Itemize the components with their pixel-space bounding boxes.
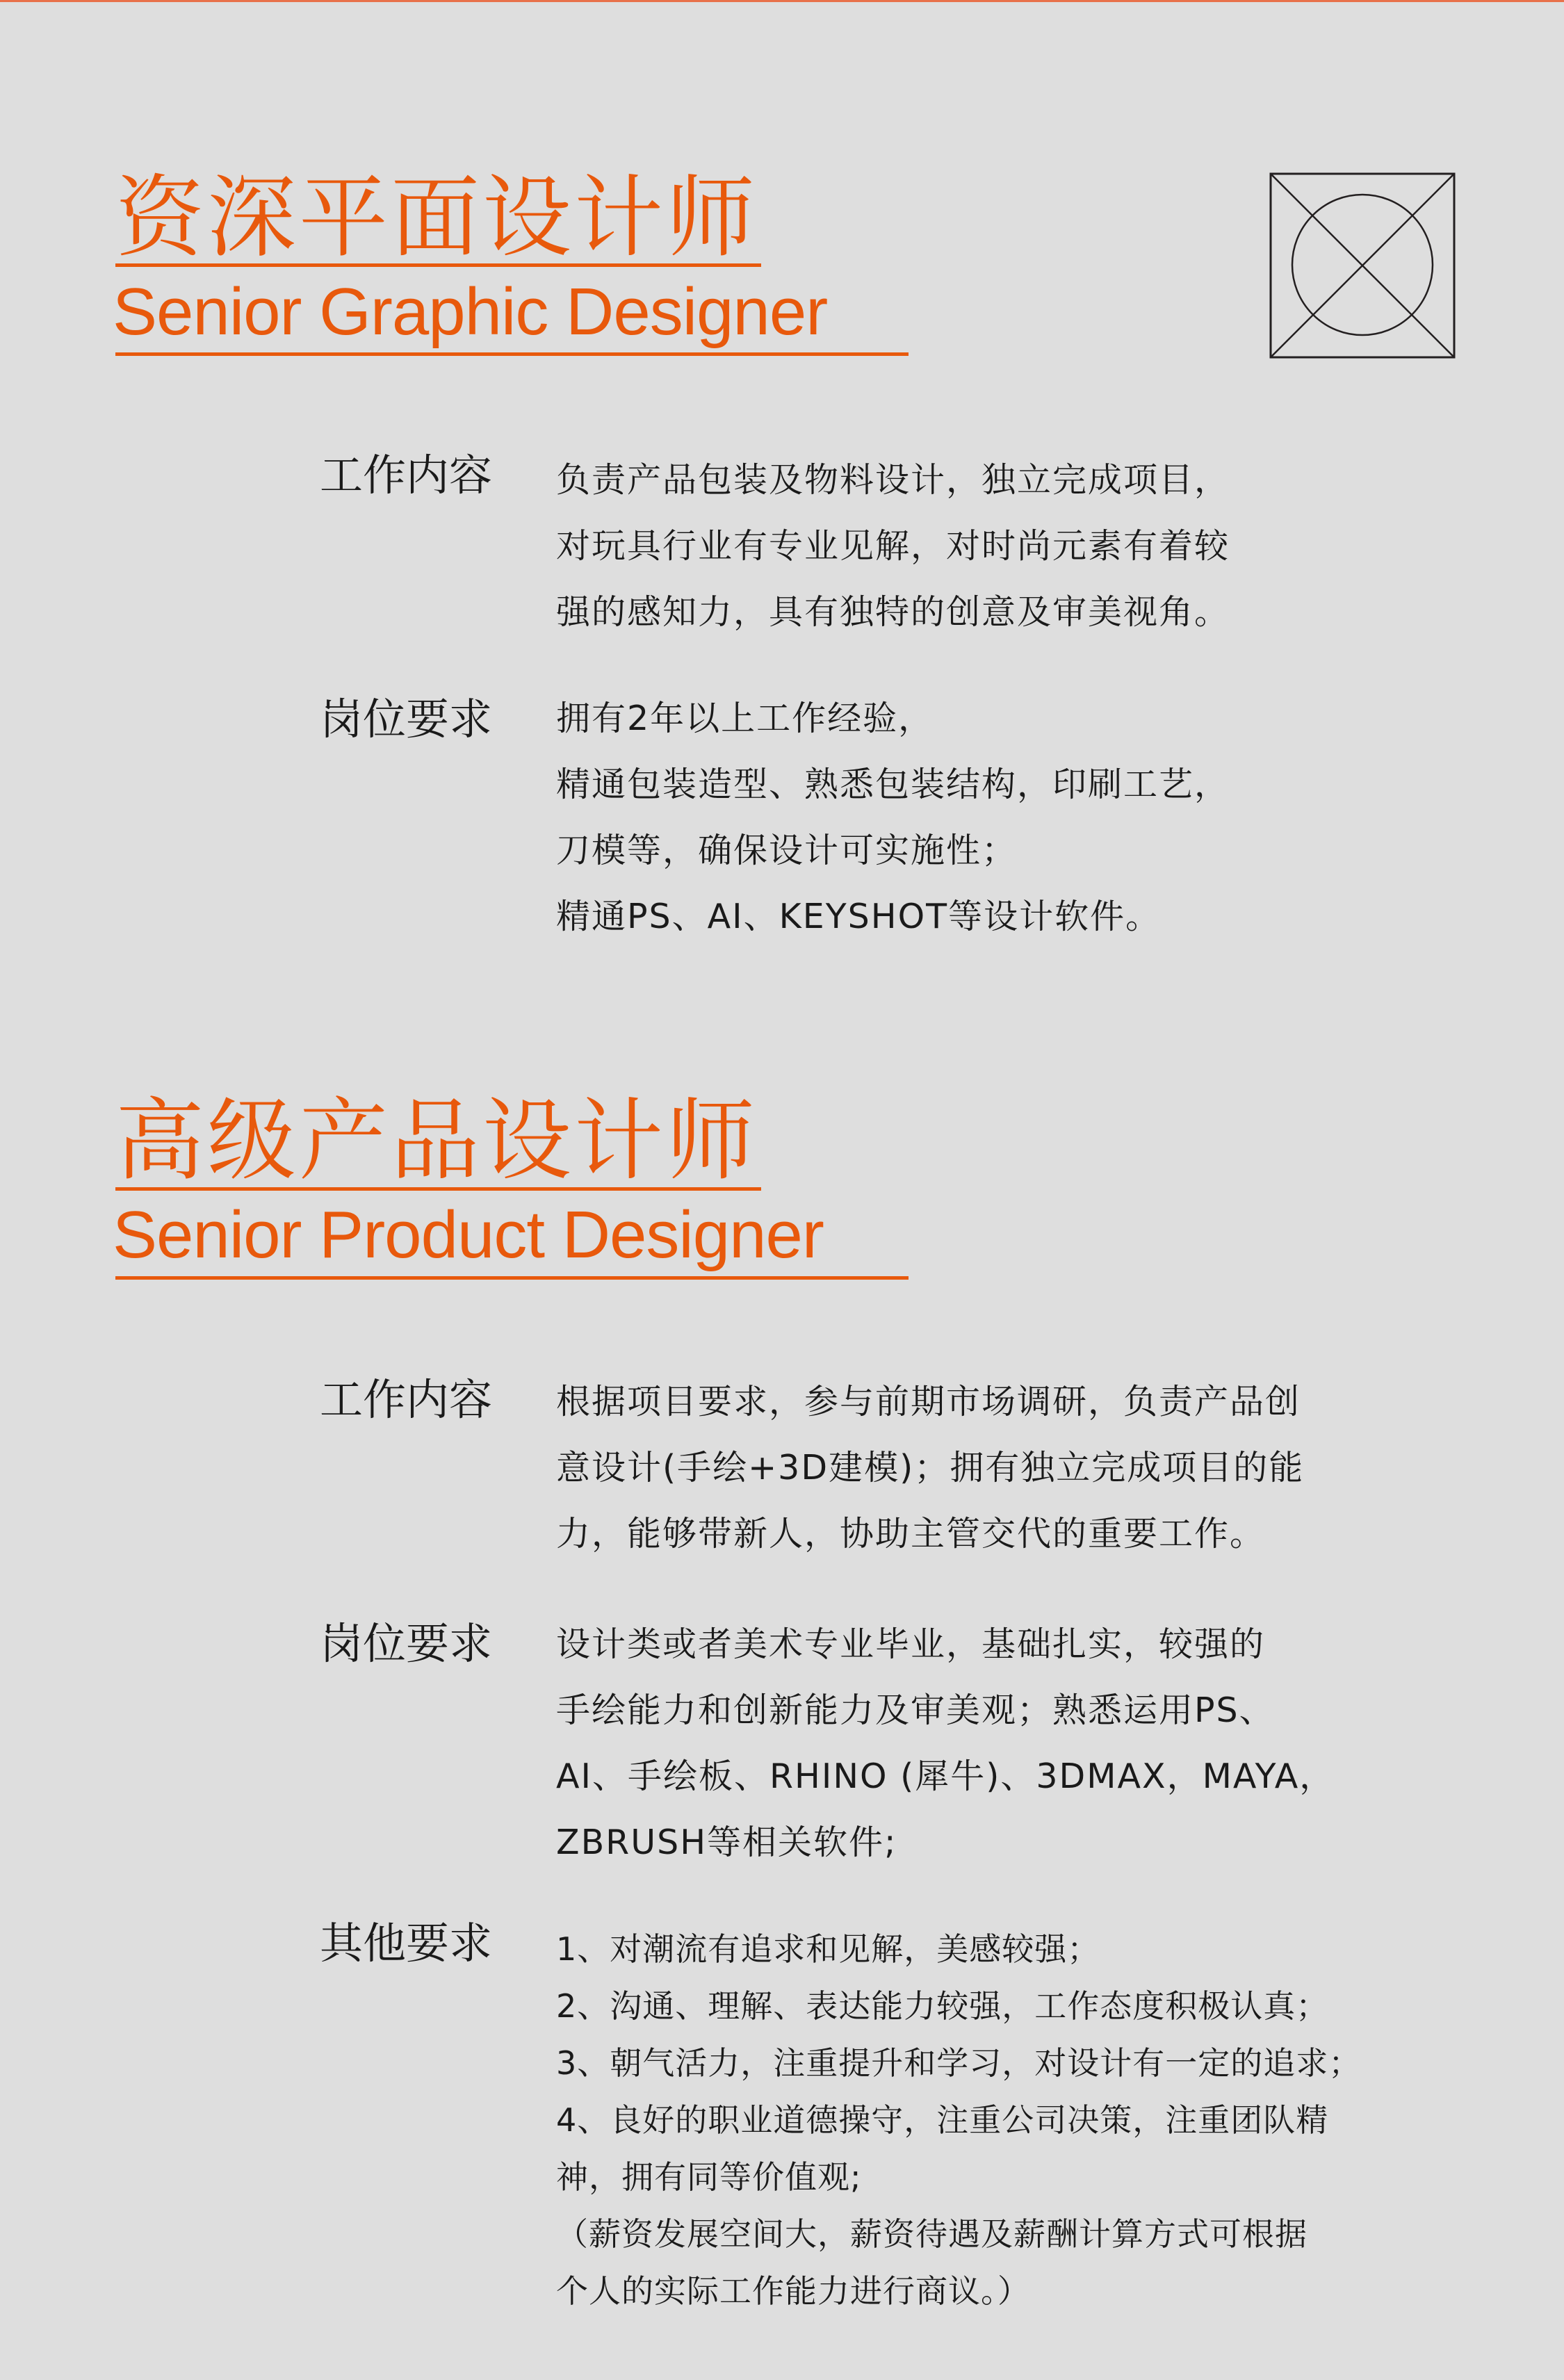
block-label-duties: 工作内容	[278, 1378, 492, 1421]
job-title-cn: 高级产品设计师	[115, 1097, 758, 1186]
block-body-duties: 根据项目要求，参与前期市场调研，负责产品创 意设计(手绘+3D建模)；拥有独立完…	[556, 1369, 1304, 1567]
body-line: 精通PS、AI、KEYSHOT等设计软件。	[556, 883, 1230, 949]
body-line: 对玩具行业有专业见解，对时尚元素有着较	[556, 513, 1230, 579]
body-line: 个人的实际工作能力进行商议。）	[556, 2263, 1361, 2320]
body-line: （薪资发展空间大，薪资待遇及薪酬计算方式可根据	[556, 2206, 1361, 2263]
block-body-duties: 负责产品包装及物料设计，独立完成项目， 对玩具行业有专业见解，对时尚元素有着较 …	[556, 447, 1230, 645]
title-underline	[115, 1187, 761, 1191]
job-title-cn: 资深平面设计师	[115, 174, 758, 263]
block-body-requirements: 设计类或者美术专业毕业，基础扎实，较强的 手绘能力和创新能力及审美观；熟悉运用P…	[556, 1611, 1335, 1875]
job-title-en: Senior Graphic Designer	[113, 277, 827, 347]
body-line: AI、手绘板、RHINO (犀牛)、3DMAX，MAYA，	[556, 1743, 1335, 1809]
block-body-other-requirements: 1、对潮流有追求和见解，美感较强； 2、沟通、理解、表达能力较强，工作态度积极认…	[556, 1921, 1361, 2320]
body-line: 3、朝气活力，注重提升和学习，对设计有一定的追求；	[556, 2035, 1361, 2092]
body-line: 4、良好的职业道德操守，注重公司决策，注重团队精	[556, 2092, 1361, 2149]
body-line: 力，能够带新人，协助主管交代的重要工作。	[556, 1501, 1304, 1567]
body-line: 1、对潮流有追求和见解，美感较强；	[556, 1921, 1361, 1978]
body-line: 精通包装造型、熟悉包装结构，印刷工艺，	[556, 751, 1230, 817]
body-line: 根据项目要求，参与前期市场调研，负责产品创	[556, 1369, 1304, 1435]
top-accent-rule	[0, 0, 1564, 2]
body-line: 神，拥有同等价值观;	[556, 2149, 1361, 2206]
body-line: 意设计(手绘+3D建模)；拥有独立完成项目的能	[556, 1435, 1304, 1501]
body-line: 刀模等，确保设计可实施性；	[556, 817, 1230, 883]
crossed-box-circle-icon	[1269, 172, 1456, 359]
title-underline	[115, 263, 761, 267]
block-label-other-requirements: 其他要求	[278, 1922, 492, 1965]
block-label-requirements: 岗位要求	[278, 1622, 492, 1665]
body-line: 2、沟通、理解、表达能力较强，工作态度积极认真；	[556, 1978, 1361, 2035]
block-label-requirements: 岗位要求	[278, 698, 492, 741]
body-line: 手绘能力和创新能力及审美观；熟悉运用PS、	[556, 1677, 1335, 1743]
body-line: 强的感知力，具有独特的创意及审美视角。	[556, 579, 1230, 645]
block-label-duties: 工作内容	[278, 454, 492, 497]
body-line: ZBRUSH等相关软件;	[556, 1809, 1335, 1875]
job-title-en: Senior Product Designer	[113, 1200, 824, 1270]
body-line: 负责产品包装及物料设计，独立完成项目，	[556, 447, 1230, 513]
body-line: 设计类或者美术专业毕业，基础扎实，较强的	[556, 1611, 1335, 1677]
block-body-requirements: 拥有2年以上工作经验， 精通包装造型、熟悉包装结构，印刷工艺， 刀模等，确保设计…	[556, 685, 1230, 949]
body-line: 拥有2年以上工作经验，	[556, 685, 1230, 751]
title-underline	[115, 352, 909, 356]
title-underline	[115, 1276, 909, 1280]
